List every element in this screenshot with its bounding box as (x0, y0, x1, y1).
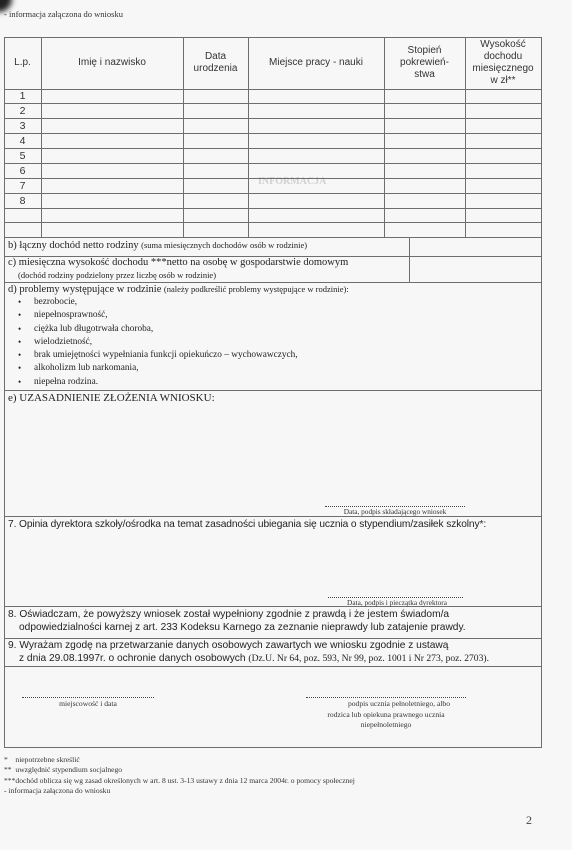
table-cell-input[interactable] (466, 104, 540, 117)
header-birthdate: Data urodzenia (183, 37, 248, 89)
section-7-label: 7. Opinia dyrektora szkoły/ośrodka na te… (8, 519, 537, 530)
problem-option[interactable]: brak umiejętności wypełniania funkcji op… (8, 349, 537, 362)
header-workplace: Miejsce pracy - nauki (248, 37, 384, 89)
place-date-line[interactable] (22, 697, 154, 698)
row-number: 2 (4, 104, 41, 118)
signer-caption-line3: niepełnoletniego (306, 720, 466, 731)
section-d-note: (należy podkreślić problemy występujące … (164, 284, 349, 294)
row-number: 5 (4, 149, 41, 163)
header-relationship: Stopień pokrewień-stwa (384, 37, 465, 89)
table-cell-input[interactable] (466, 149, 540, 162)
footnote-4: - informacja załączona do wniosku (4, 786, 355, 796)
table-cell-input[interactable] (249, 164, 383, 177)
footnotes: * niepotrzebne skreślić ** uwzględnić st… (4, 755, 355, 796)
table-cell-input[interactable] (385, 223, 464, 236)
table-cell-input[interactable] (42, 90, 182, 102)
row-number: 7 (4, 179, 41, 193)
table-cell-input[interactable] (42, 164, 182, 177)
section-8-declaration: 8. Oświadczam, że powyższy wniosek zosta… (4, 606, 541, 638)
section-e-label: e) UZASADNIENIE ZŁOŻENIA WNIOSKU: (8, 392, 537, 404)
section-c-value-field[interactable] (409, 256, 541, 282)
table-cell-input[interactable] (466, 209, 540, 221)
table-cell-input[interactable] (466, 179, 540, 192)
signer-signature-line[interactable] (306, 697, 466, 698)
rule-line (541, 37, 542, 237)
table-cell-input[interactable] (385, 179, 464, 192)
table-cell-input[interactable] (42, 194, 182, 207)
signer-caption-line1: podpis ucznia pełnoletniego, albo (306, 699, 466, 710)
table-cell-input[interactable] (385, 164, 464, 177)
problem-option[interactable]: bezrobocie, (8, 296, 537, 309)
footnote-1: * niepotrzebne skreślić (4, 755, 355, 765)
table-cell-input[interactable] (385, 209, 464, 221)
table-cell-input[interactable] (385, 194, 464, 207)
header-income: Wysokość dochodu miesięcznego w zł** (465, 37, 541, 89)
footnote-2: ** uwzględnić stypendium socjalnego (4, 765, 355, 775)
table-cell-input[interactable] (466, 194, 540, 207)
section-9-line1: 9. Wyrażam zgodę na przetwarzanie danych… (8, 639, 537, 652)
table-cell-input[interactable] (184, 164, 247, 177)
table-cell-input[interactable] (385, 104, 464, 117)
table-cell-input[interactable] (42, 223, 182, 236)
table-cell-input[interactable] (385, 149, 464, 162)
section-9-line2-act: z dnia 29.08.1997r. o ochronie danych os… (19, 653, 246, 664)
table-cell-input[interactable] (42, 119, 182, 132)
table-cell-input[interactable] (249, 209, 383, 221)
table-cell-input[interactable] (466, 164, 540, 177)
table-cell-input[interactable] (249, 179, 383, 192)
table-cell-input[interactable] (184, 194, 247, 207)
table-cell-input[interactable] (42, 134, 182, 147)
signer-caption-line2: rodzica lub opiekuna prawnego ucznia (306, 710, 466, 721)
table-cell-input[interactable] (466, 223, 540, 236)
rule-line (4, 747, 542, 748)
rule-line (541, 237, 542, 747)
section-b-note: (suma miesięcznych dochodów osób w rodzi… (141, 240, 307, 250)
section-9-data-consent: 9. Wyrażam zgodę na przetwarzanie danych… (4, 638, 541, 666)
signer-caption: podpis ucznia pełnoletniego, albo rodzic… (306, 699, 466, 731)
problem-list: bezrobocie,niepełnosprawność,ciężka lub … (8, 296, 537, 389)
header-lp: L.p. (4, 37, 41, 89)
table-cell-input[interactable] (249, 149, 383, 162)
justification-textarea[interactable] (8, 406, 536, 496)
table-cell-input[interactable] (184, 90, 247, 102)
problem-option[interactable]: ciężka lub długotrwała choroba, (8, 323, 537, 336)
table-cell-input[interactable] (466, 119, 540, 132)
table-cell-input[interactable] (42, 149, 182, 162)
header-name: Imię i nazwisko (41, 37, 183, 89)
table-cell-input[interactable] (184, 104, 247, 117)
problem-option[interactable]: niepełnosprawność, (8, 309, 537, 322)
table-cell-input[interactable] (466, 90, 540, 102)
table-cell-input[interactable] (184, 149, 247, 162)
section-b-value-field[interactable] (409, 237, 541, 256)
section-8-line1: 8. Oświadczam, że powyższy wniosek zosta… (8, 608, 537, 621)
table-cell-input[interactable] (385, 134, 464, 147)
table-cell-input[interactable] (249, 104, 383, 117)
problem-option[interactable]: wielodzietność, (8, 336, 537, 349)
row-number: 6 (4, 164, 41, 178)
table-cell-input[interactable] (249, 119, 383, 132)
section-d-family-problems: d) problemy występujące w rodzinie (nale… (4, 282, 541, 390)
section-b-label: b) łączny dochód netto rodziny (8, 240, 139, 251)
table-cell-input[interactable] (385, 119, 464, 132)
table-cell-input[interactable] (184, 209, 247, 221)
rule-line (4, 37, 542, 38)
table-cell-input[interactable] (42, 179, 182, 192)
table-cell-input[interactable] (466, 134, 540, 147)
footnote-3: ***dochód oblicza się wg zasad określony… (4, 776, 355, 786)
top-note: - informacja załączona do wniosku (4, 9, 123, 19)
table-cell-input[interactable] (249, 134, 383, 147)
table-cell-input[interactable] (42, 104, 182, 117)
page-number: 2 (526, 813, 532, 828)
section-9-line2-reference: (Dz.U. Nr 64, poz. 593, Nr 99, poz. 1001… (248, 653, 489, 664)
table-cell-input[interactable] (385, 90, 464, 102)
director-opinion-textarea[interactable] (8, 534, 536, 590)
table-cell-input[interactable] (249, 223, 383, 236)
row-number: 1 (4, 90, 41, 103)
row-number: 4 (4, 134, 41, 148)
table-cell-input[interactable] (249, 194, 383, 207)
table-cell-input[interactable] (184, 179, 247, 192)
table-cell-input[interactable] (184, 223, 247, 236)
row-number: 8 (4, 194, 41, 208)
table-cell-input[interactable] (42, 209, 182, 221)
problem-option[interactable]: niepełna rodzina. (8, 376, 537, 389)
place-date-caption: miejscowość i data (22, 699, 154, 709)
section-8-line2: odpowiedzialności karnej z art. 233 Kode… (8, 621, 537, 634)
problem-option[interactable]: alkoholizm lub narkomania, (8, 362, 537, 375)
table-cell-input[interactable] (249, 90, 383, 102)
table-cell-input[interactable] (184, 134, 247, 147)
table-cell-input[interactable] (184, 119, 247, 132)
section-d-label: d) problemy występujące w rodzinie (8, 284, 161, 295)
row-number: 3 (4, 119, 41, 133)
